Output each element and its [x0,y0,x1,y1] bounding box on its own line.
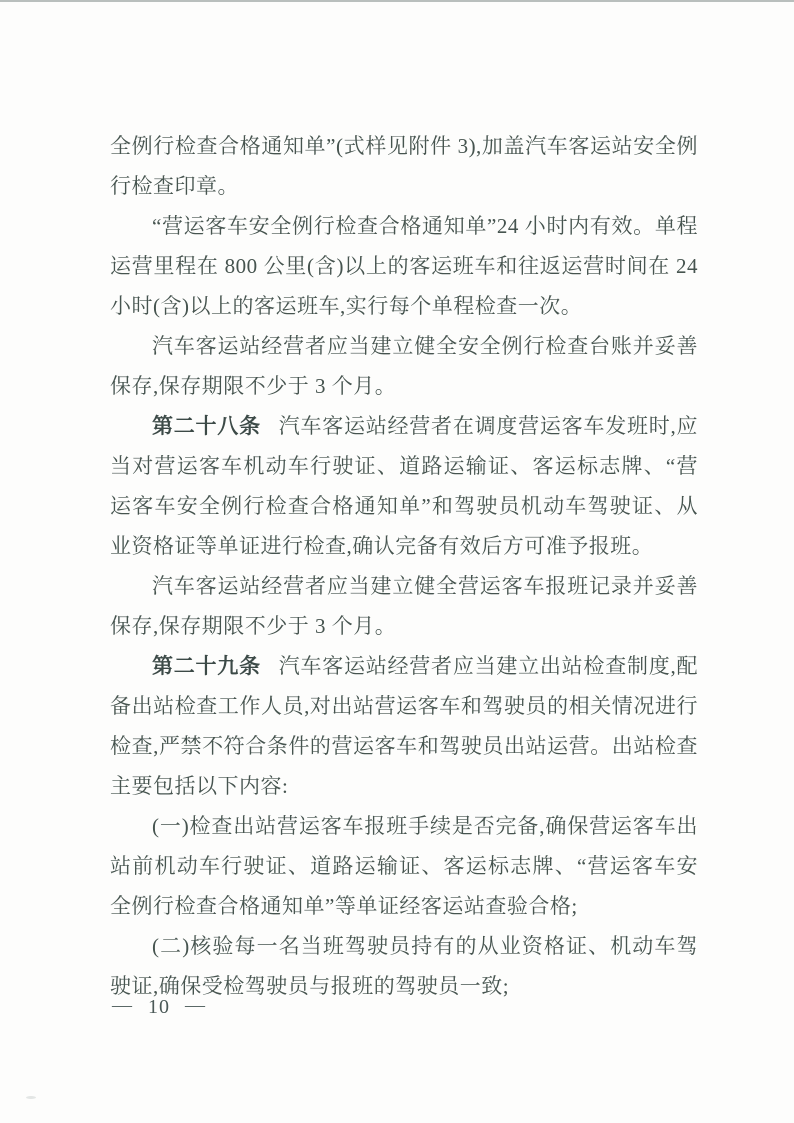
footer-right-dash: — [185,991,206,1019]
paragraph-article-28: 第二十八条汽车客运站经营者在调度营运客车发班时,应当对营运客车机动车行驶证、道路… [110,406,698,566]
paragraph-continuation: 全例行检查合格通知单”(式样见附件 3),加盖汽车客运站安全例行检查印章。 [110,126,698,206]
scanned-document-page: 全例行检查合格通知单”(式样见附件 3),加盖汽车客运站安全例行检查印章。 “营… [0,0,794,1123]
paragraph: 汽车客运站经营者应当建立健全安全例行检查台账并妥善保存,保存期限不少于 3 个月… [110,326,698,406]
paragraph: 汽车客运站经营者应当建立健全营运客车报班记录并妥善保存,保存期限不少于 3 个月… [110,566,698,646]
paragraph-article-29: 第二十九条汽车客运站经营者应当建立出站检查制度,配备出站检查工作人员,对出站营运… [110,646,698,806]
footer-left-dash: — [112,991,133,1019]
page-footer: —10— [112,993,206,1021]
paragraph: “营运客车安全例行检查合格通知单”24 小时内有效。单程运营里程在 800 公里… [110,206,698,326]
document-body: 全例行检查合格通知单”(式样见附件 3),加盖汽车客运站安全例行检查印章。 “营… [110,126,698,1006]
page-number: 10 [148,993,170,1021]
paragraph-list-item-1: (一)检查出站营运客车报班手续是否完备,确保营运客车出站前机动车行驶证、道路运输… [110,806,698,926]
article-number: 第二十九条 [152,654,261,678]
article-number: 第二十八条 [152,414,261,438]
scan-edge-artifact [0,0,794,2]
scan-speck [26,1096,36,1099]
